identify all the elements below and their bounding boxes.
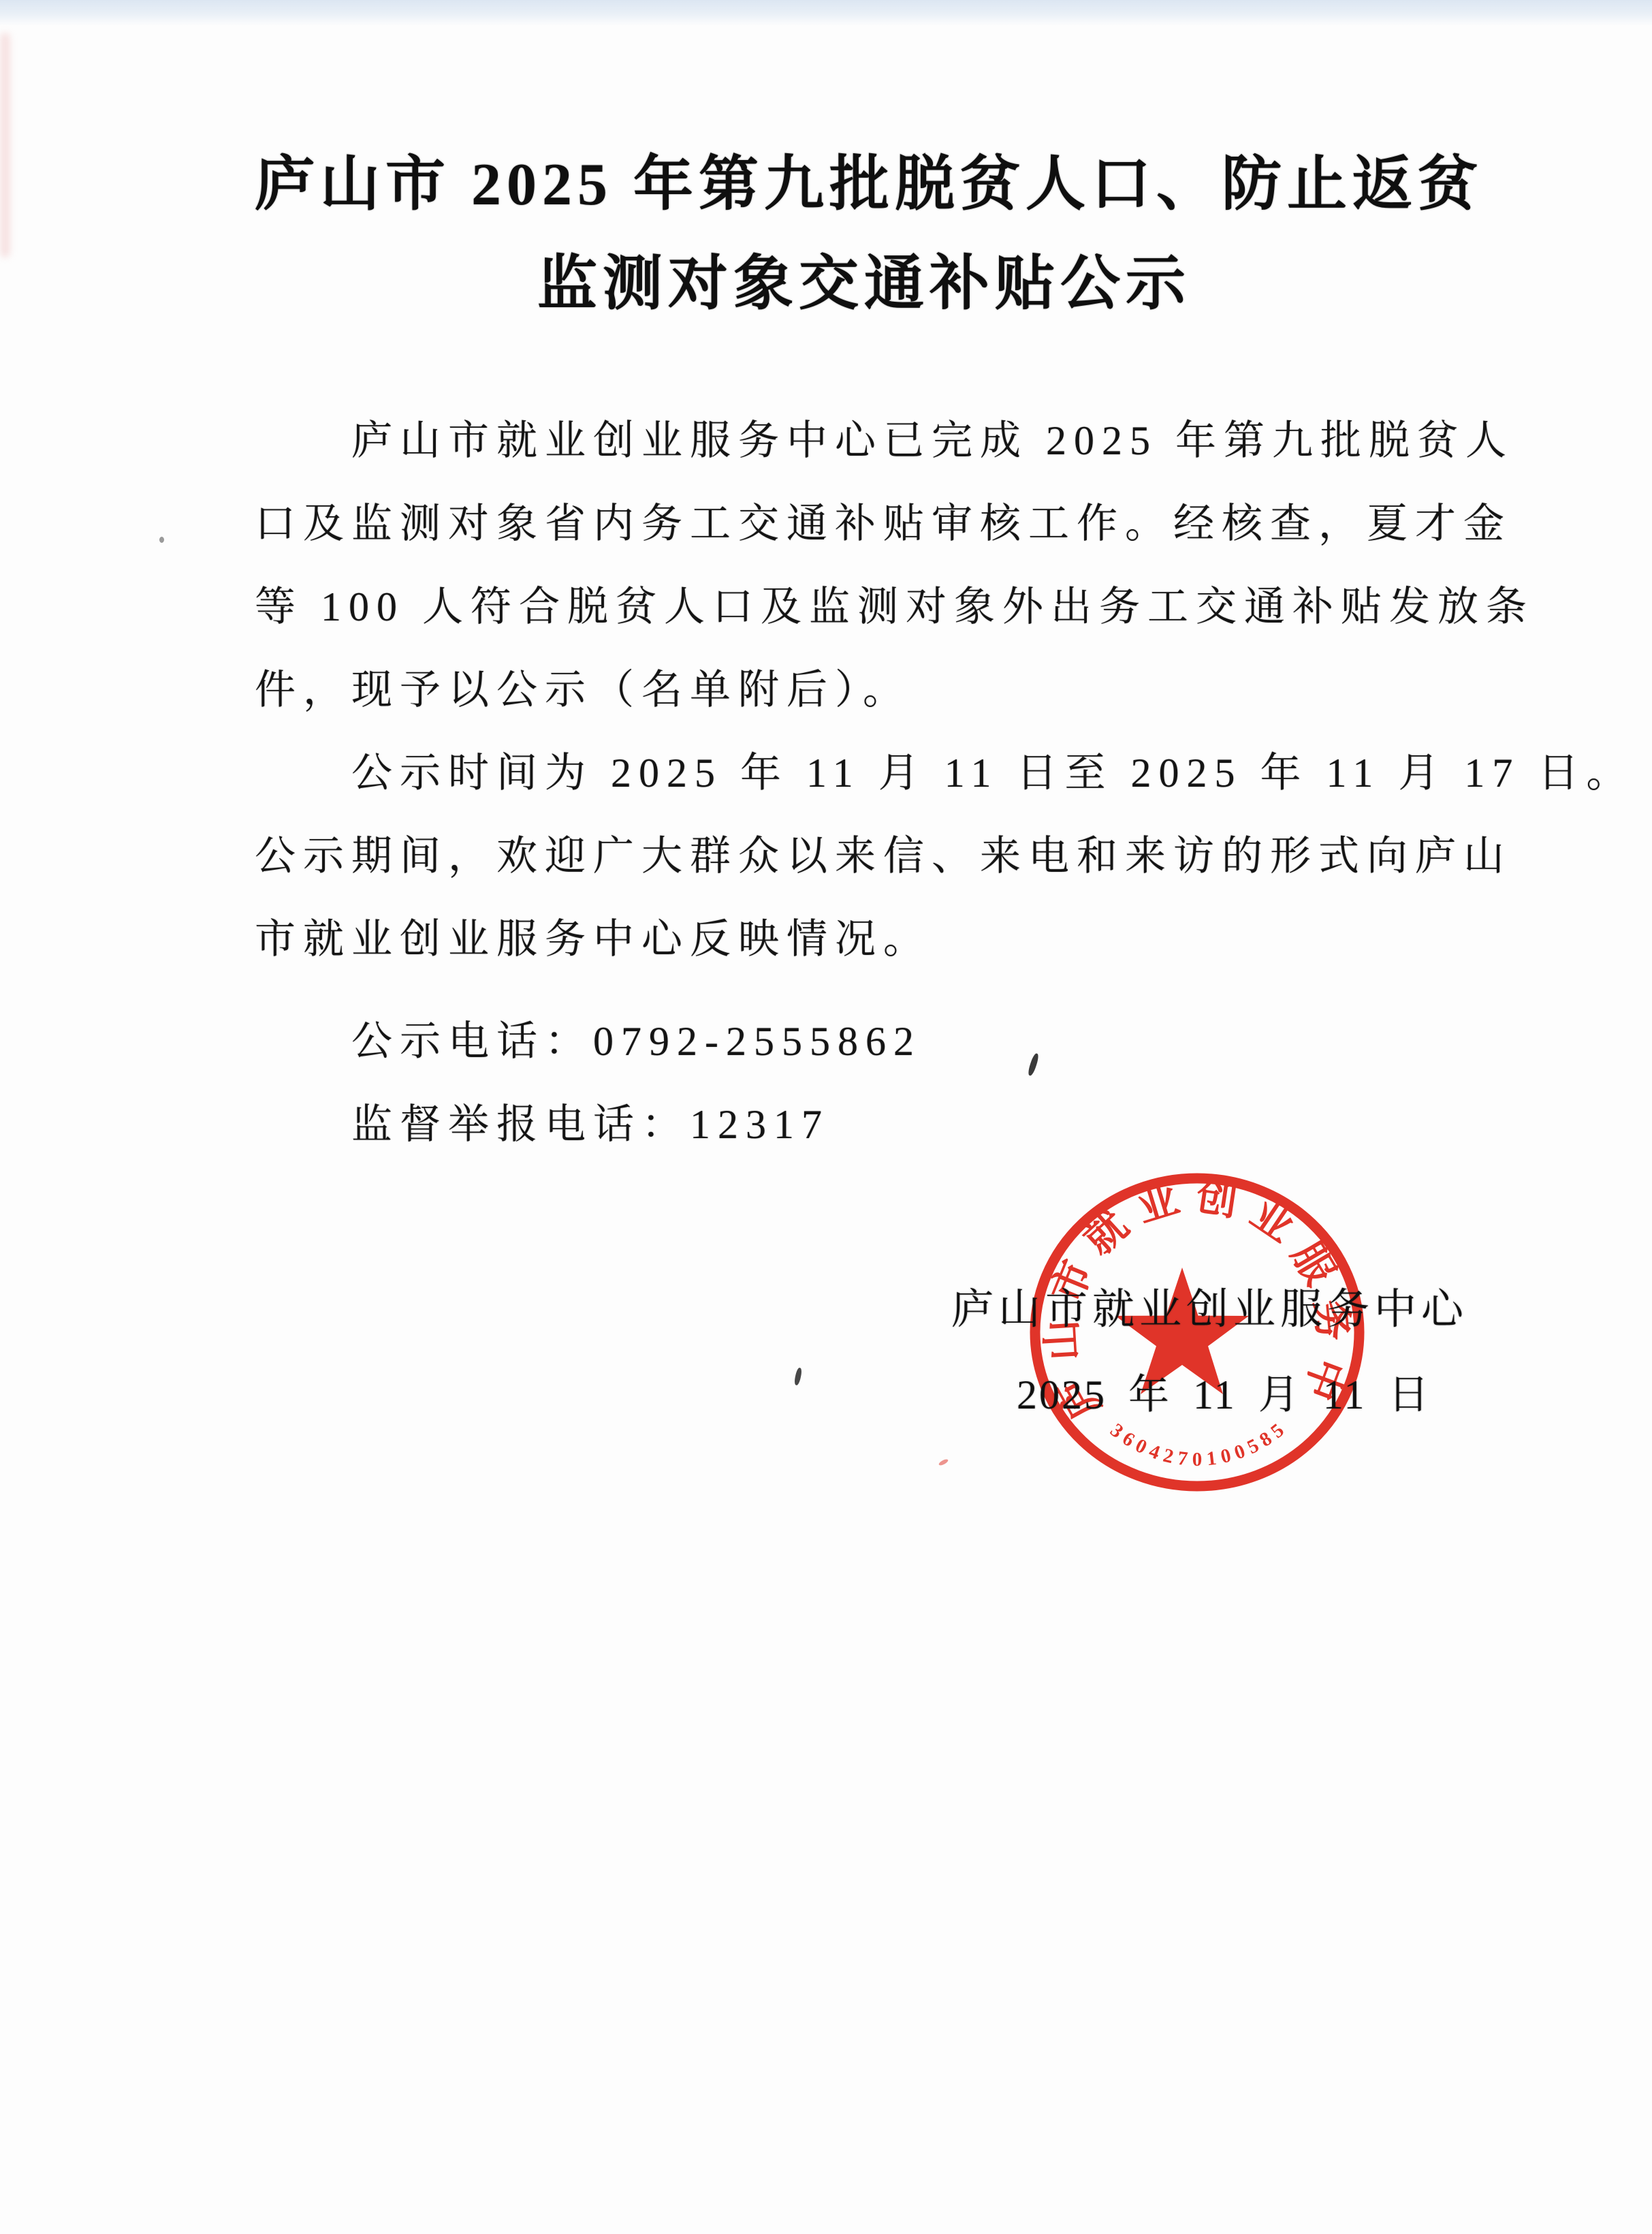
seal-code: 3604270100585: [1106, 1419, 1288, 1470]
notice-body: 庐山市就业创业服务中心已完成 2025 年第九批脱贫人 口及监测对象省内务工交通…: [255, 399, 1487, 1166]
body-line: 公示期间，欢迎广大群众以来信、来电和来访的形式向庐山: [255, 815, 1487, 898]
issue-date: 2025 年 11 月 11 日: [1017, 1362, 1431, 1421]
scanned-notice-page: 庐山市 2025 年第九批脱贫人口、防止返贫 监测对象交通补贴公示 庐山市就业创…: [0, 0, 1652, 2234]
body-line: 公示时间为 2025 年 11 月 11 日至 2025 年 11 月 17 日…: [255, 731, 1487, 815]
title-line-2: 监测对象交通补贴公示: [255, 235, 1474, 334]
report-phone-line: 监督举报电话：12317: [255, 1083, 1487, 1166]
body-line: 庐山市就业创业服务中心已完成 2025 年第九批脱贫人: [255, 399, 1487, 482]
scan-smudge: [0, 33, 10, 257]
svg-text:3604270100585: 3604270100585: [1106, 1419, 1288, 1470]
title-line-1: 庐山市 2025 年第九批脱贫人口、防止返贫: [255, 136, 1474, 235]
body-line: 等 100 人符合脱贫人口及监测对象外出务工交通补贴发放条: [255, 565, 1487, 648]
notice-title: 庐山市 2025 年第九批脱贫人口、防止返贫 监测对象交通补贴公示: [255, 136, 1474, 334]
body-line: 市就业创业服务中心反映情况。: [255, 898, 1487, 981]
ink-speck: [159, 537, 164, 543]
ink-speck: [938, 1458, 949, 1466]
scan-edge-artifact: [0, 0, 1652, 26]
body-line: 口及监测对象省内务工交通补贴审核工作。经核查，夏才金: [255, 482, 1487, 565]
notice-phone-line: 公示电话：0792-2555862: [255, 1000, 1487, 1083]
issuer-signature: 庐山市就业创业服务中心: [951, 1275, 1468, 1336]
ink-speck: [793, 1367, 802, 1385]
body-line: 件，现予以公示（名单附后）。: [255, 648, 1487, 731]
